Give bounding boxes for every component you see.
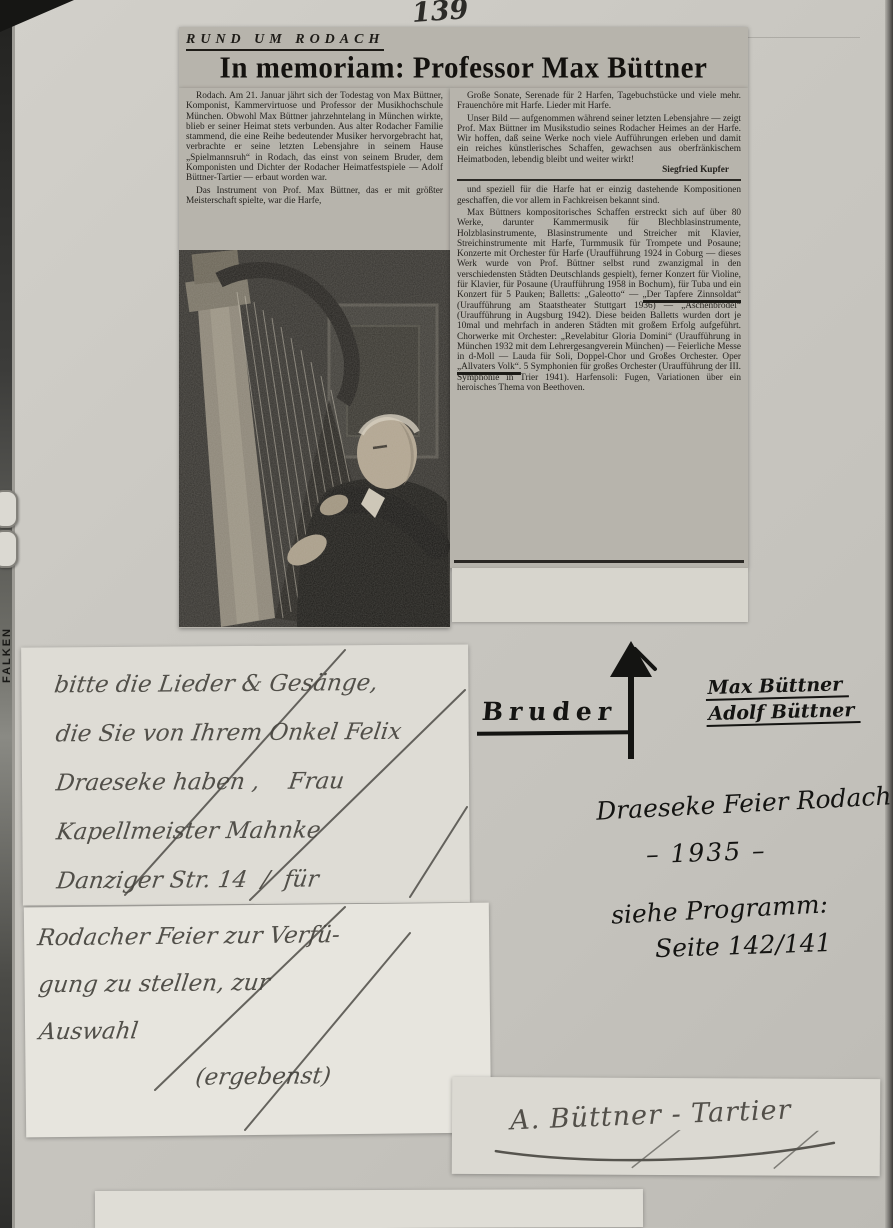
bottom-slip-edge: [95, 1189, 643, 1228]
paragraph: Unser Bild — aufgenommen während seiner …: [457, 114, 741, 165]
clipping-blank-strip: [452, 568, 748, 622]
handwritten-note-1: bitte die Lieder & Gesänge, die Sie von …: [21, 644, 470, 905]
corner-shadow: [0, 0, 74, 32]
headline: In memoriam: Professor Max Büttner: [179, 51, 748, 86]
news-text-segment: (Uraufführung am Staatstheater Stuttgart…: [457, 301, 741, 362]
binder-ring: [0, 490, 18, 528]
clipping-column-right: Große Sonate, Serenade für 2 Harfen, Tag…: [450, 88, 748, 568]
hand-line: bitte die Lieder & Gesänge,: [17, 644, 472, 710]
page-number: 139: [411, 0, 469, 29]
hand-line: Draeseke haben , Frau: [19, 756, 473, 808]
hand-line: Rodacher Feier zur Verfü-: [21, 903, 493, 963]
brothers-names: Max Büttner Adolf Büttner: [705, 673, 860, 729]
event-annotation-line1: Draeseke Feier Rodach: [595, 781, 892, 825]
page-right-edge: [885, 0, 893, 1228]
name-adolf-buettner: Adolf Büttner: [706, 699, 861, 727]
name-max-buettner: Max Büttner: [705, 673, 848, 701]
byline: Siegfried Kupfer: [457, 165, 741, 175]
up-arrow-icon: [601, 641, 661, 763]
hand-line: Auswahl: [22, 1005, 493, 1057]
clipping-cut-rule: [457, 179, 741, 181]
scrapbook-page: FALKEN 139 RUND UM RODACH In memoriam: P…: [0, 0, 893, 1228]
clipping-column-left: Rodach. Am 21. Januar jährt sich der Tod…: [179, 88, 450, 628]
paragraph: Max Büttners kompositorisches Schaffen e…: [457, 208, 741, 393]
binder-ring: [0, 530, 18, 568]
hand-line: Kapellmeister Mahnke: [19, 805, 473, 857]
bruder-annotation: Bruder: [481, 697, 619, 726]
news-text-segment: Max Büttners kompositorisches Schaffen e…: [457, 208, 741, 300]
hand-line: Danziger Str. 14 / für: [19, 854, 473, 906]
paragraph: und speziell für die Harfe hat er einzig…: [457, 185, 741, 206]
column-left-text: Rodach. Am 21. Januar jährt sich der Tod…: [179, 88, 450, 247]
signature-flourish: [482, 1129, 862, 1171]
hand-line: die Sie von Ihrem Onkel Felix: [18, 707, 472, 759]
paragraph: Rodach. Am 21. Januar jährt sich der Tod…: [186, 91, 443, 184]
paragraph: Große Sonate, Serenade für 2 Harfen, Tag…: [457, 91, 741, 112]
hand-line: (ergebenst): [23, 1052, 494, 1104]
hand-line: gung zu stellen, zur: [22, 958, 493, 1010]
column-right-text: Große Sonate, Serenade für 2 Harfen, Tag…: [450, 88, 748, 398]
signature-slip: A. Büttner - Tartier: [452, 1077, 881, 1176]
clipping-bottom-rule: [454, 560, 744, 563]
harp-photo-graphic: [179, 250, 450, 627]
event-annotation-year: – 1935 –: [646, 836, 767, 869]
harp-photo: [179, 250, 450, 627]
program-reference-line2: Seite 142/141: [655, 928, 832, 963]
clipping-head: RUND UM RODACH In memoriam: Professor Ma…: [179, 27, 748, 88]
masthead: RUND UM RODACH: [186, 32, 384, 51]
paragraph: Das Instrument von Prof. Max Büttner, da…: [186, 186, 443, 207]
program-reference-line1: siehe Programm:: [610, 889, 828, 929]
handwritten-note-2: Rodacher Feier zur Verfü- gung zu stelle…: [24, 903, 491, 1138]
binder-brand-label: FALKEN: [1, 614, 15, 696]
